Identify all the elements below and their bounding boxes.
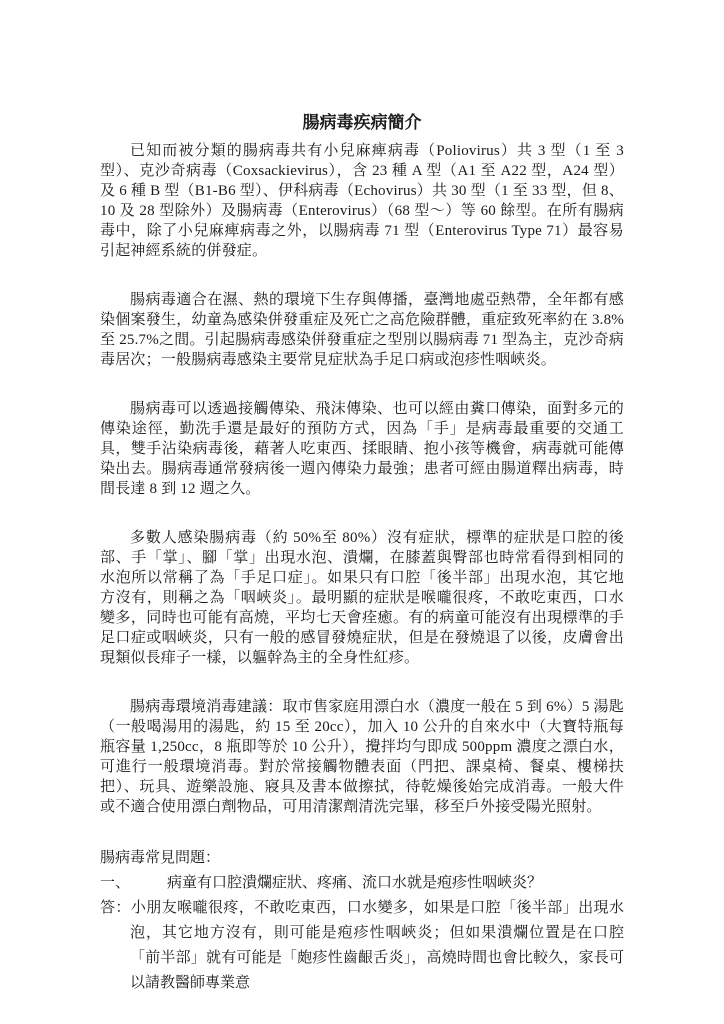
faq-answer: 答：小朋友喉嚨很疼，不敢吃東西，口水變多，如果是口腔「後半部」出現水泡，其它地方…	[100, 896, 624, 996]
document-title: 腸病毒疾病簡介	[100, 112, 624, 133]
paragraph-symptoms: 多數人感染腸病毒（約 50%至 80%）沒有症狀，標準的症狀是口腔的後部、手「掌…	[100, 528, 624, 668]
paragraph-transmission: 腸病毒可以透過接觸傳染、飛沫傳染、也可以經由糞口傳染，面對多元的傳染途徑，勤洗手…	[100, 399, 624, 499]
faq-answer-label: 答：	[100, 900, 131, 916]
paragraph-virus-types: 已知而被分類的腸病毒共有小兒麻痺病毒（Poliovirus）共 3 型（1 至 …	[100, 141, 624, 261]
faq-question: 一、 病童有口腔潰爛症狀、疼痛、流口水就是疱疹性咽峽炎？	[100, 871, 624, 896]
faq-answer-text: 小朋友喉嚨很疼，不敢吃東西，口水變多，如果是口腔「後半部」出現水泡，其它地方沒有…	[130, 900, 624, 991]
paragraph-epidemiology: 腸病毒適合在濕、熱的環境下生存與傳播，臺灣地處亞熱帶，全年都有感染個案發生，幼童…	[100, 290, 624, 370]
faq-section: 腸病毒常見問題： 一、 病童有口腔潰爛症狀、疼痛、流口水就是疱疹性咽峽炎？ 答：…	[100, 846, 624, 996]
paragraph-disinfection: 腸病毒環境消毒建議：取市售家庭用漂白水（濃度一般在 5 到 6%）5 湯匙（一般…	[100, 697, 624, 817]
document-page: 腸病毒疾病簡介 已知而被分類的腸病毒共有小兒麻痺病毒（Poliovirus）共 …	[0, 0, 724, 1024]
faq-question-number: 一、	[100, 871, 167, 896]
faq-heading: 腸病毒常見問題：	[100, 846, 624, 871]
faq-question-text: 病童有口腔潰爛症狀、疼痛、流口水就是疱疹性咽峽炎？	[167, 871, 624, 896]
